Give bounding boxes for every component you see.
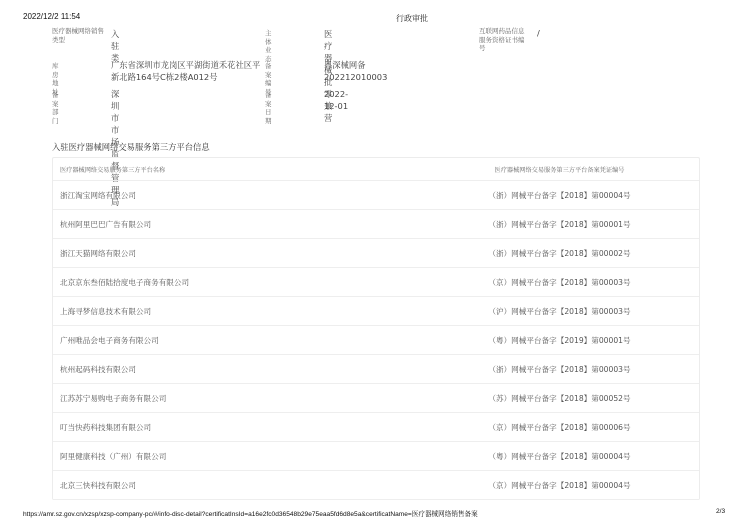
print-page-number: 2/3: [716, 508, 725, 515]
table-row: 北京京东叁佰陆拾度电子商务有限公司（京）网械平台备字【2018】第00003号: [53, 268, 699, 297]
record-date-value: 2022-12-01: [324, 88, 348, 112]
cert-number-cell: （粤）网械平台备字【2018】第00004号: [376, 451, 699, 462]
platform-section-title: 入驻医疗器械网络交易服务第三方平台信息: [52, 141, 210, 153]
table-row: 江苏苏宁易购电子商务有限公司（苏）网械平台备字【2018】第00052号: [53, 384, 699, 413]
cert-number-cell: （京）网械平台备字【2018】第00004号: [376, 480, 699, 491]
table-row: 杭州起码科技有限公司（浙）网械平台备字【2018】第00003号: [53, 355, 699, 384]
cert-number-cell: （京）网械平台备字【2018】第00003号: [376, 277, 699, 288]
table-row: 北京三快科技有限公司（京）网械平台备字【2018】第00004号: [53, 471, 699, 500]
record-number-value: 粤深械网备202212010003: [324, 59, 387, 83]
platform-name-cell: 上海寻梦信息技术有限公司: [53, 306, 376, 317]
cert-number-cell: （浙）网械平台备字【2018】第00004号: [376, 190, 699, 201]
column-header-platform-name: 医疗器械网络交易服务第三方平台名称: [53, 165, 376, 174]
cert-number-cell: （浙）网械平台备字【2018】第00003号: [376, 364, 699, 375]
column-header-cert-number: 医疗器械网络交易服务第三方平台备案凭证编号: [376, 165, 699, 174]
platform-name-cell: 杭州阿里巴巴广告有限公司: [53, 219, 376, 230]
sales-type-label: 医疗器械网络销售类型: [52, 27, 106, 44]
warehouse-address-value: 广东省深圳市龙岗区平湖街道禾花社区平新北路164号C栋2楼A012号: [111, 59, 261, 83]
table-row: 杭州阿里巴巴广告有限公司（浙）网械平台备字【2018】第00001号: [53, 210, 699, 239]
cert-number-cell: （浙）网械平台备字【2018】第00001号: [376, 219, 699, 230]
cert-number-cell: （浙）网械平台备字【2018】第00002号: [376, 248, 699, 259]
table-body: 浙江淘宝网络有限公司（浙）网械平台备字【2018】第00004号杭州阿里巴巴广告…: [53, 181, 699, 500]
cert-number-cell: （粤）网械平台备字【2019】第00001号: [376, 335, 699, 346]
table-header-row: 医疗器械网络交易服务第三方平台名称 医疗器械网络交易服务第三方平台备案凭证编号: [53, 158, 699, 181]
record-department-label: 备案部门: [52, 91, 59, 125]
internet-drug-cert-value: /: [537, 27, 540, 39]
table-row: 叮当快药科技集团有限公司（京）网械平台备字【2018】第00006号: [53, 413, 699, 442]
table-row: 浙江淘宝网络有限公司（浙）网械平台备字【2018】第00004号: [53, 181, 699, 210]
table-row: 阿里健康科技（广州）有限公司（粤）网械平台备字【2018】第00004号: [53, 442, 699, 471]
platform-name-cell: 江苏苏宁易购电子商务有限公司: [53, 393, 376, 404]
cert-number-cell: （沪）网械平台备字【2018】第00003号: [376, 306, 699, 317]
record-date-label: 备案日期: [265, 91, 272, 125]
internet-drug-cert-label: 互联网药品信息服务资格证书编号: [479, 27, 529, 53]
platform-name-cell: 杭州起码科技有限公司: [53, 364, 376, 375]
cert-number-cell: （京）网械平台备字【2018】第00006号: [376, 422, 699, 433]
table-row: 上海寻梦信息技术有限公司（沪）网械平台备字【2018】第00003号: [53, 297, 699, 326]
platform-table: 医疗器械网络交易服务第三方平台名称 医疗器械网络交易服务第三方平台备案凭证编号 …: [52, 157, 700, 500]
platform-name-cell: 浙江淘宝网络有限公司: [53, 190, 376, 201]
table-row: 广州唯品会电子商务有限公司（粤）网械平台备字【2019】第00001号: [53, 326, 699, 355]
platform-name-cell: 阿里健康科技（广州）有限公司: [53, 451, 376, 462]
print-footer-url: https://amr.sz.gov.cn/xzsp/xzsp-company-…: [23, 508, 478, 518]
platform-name-cell: 叮当快药科技集团有限公司: [53, 422, 376, 433]
platform-name-cell: 北京三快科技有限公司: [53, 480, 376, 491]
business-mode-label: 主体业态: [265, 29, 272, 63]
platform-name-cell: 北京京东叁佰陆拾度电子商务有限公司: [53, 277, 376, 288]
platform-name-cell: 浙江天猫网络有限公司: [53, 248, 376, 259]
print-datetime: 2022/12/2 11:54: [23, 12, 80, 21]
cert-number-cell: （苏）网械平台备字【2018】第00052号: [376, 393, 699, 404]
print-page-title: 行政审批: [372, 13, 452, 24]
table-row: 浙江天猫网络有限公司（浙）网械平台备字【2018】第00002号: [53, 239, 699, 268]
platform-name-cell: 广州唯品会电子商务有限公司: [53, 335, 376, 346]
